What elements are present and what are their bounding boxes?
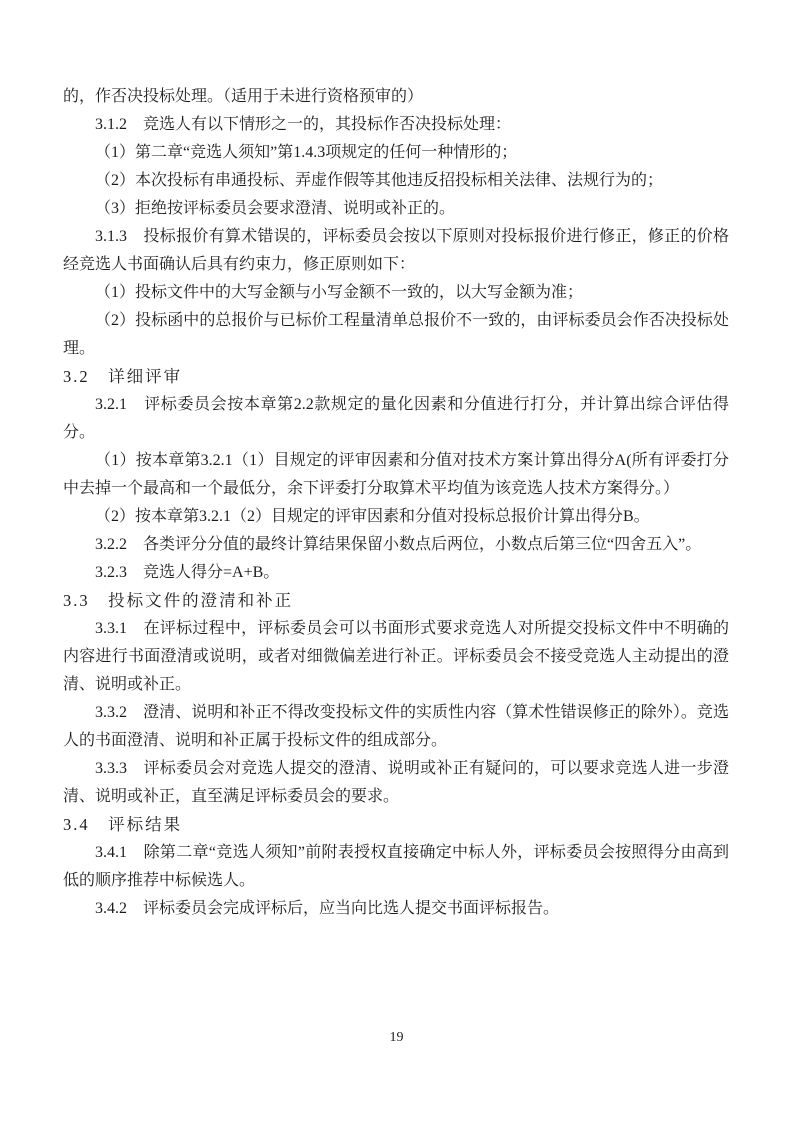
document-body: 的，作否决投标处理。（适用于未进行资格预审的） 3.1.2 竞选人有以下情形之一… bbox=[63, 83, 729, 923]
heading-3-2: 3.2 详细评审 bbox=[63, 363, 729, 391]
item-3-1-3-1: （1）投标文件中的大写金额与小写金额不一致的，以大写金额为准； bbox=[63, 279, 729, 307]
para-3-2-1: 3.2.1 评标委员会按本章第2.2款规定的量化因素和分值进行打分，并计算出综合… bbox=[63, 391, 729, 447]
para-3-3-2: 3.3.2 澄清、说明和补正不得改变投标文件的实质性内容（算术性错误修正的除外）… bbox=[63, 699, 729, 755]
para-3-2-2: 3.2.2 各类评分分值的最终计算结果保留小数点后两位，小数点后第三位“四舍五入… bbox=[63, 531, 729, 559]
document-page: 的，作否决投标处理。（适用于未进行资格预审的） 3.1.2 竞选人有以下情形之一… bbox=[0, 0, 793, 1122]
para-3-1-3: 3.1.3 投标报价有算术错误的，评标委员会按以下原则对投标报价进行修正，修正的… bbox=[63, 223, 729, 279]
continuation-paragraph: 的，作否决投标处理。（适用于未进行资格预审的） bbox=[63, 83, 729, 111]
para-3-4-2: 3.4.2 评标委员会完成评标后，应当向比选人提交书面评标报告。 bbox=[63, 895, 729, 923]
para-3-3-3: 3.3.3 评标委员会对竞选人提交的澄清、说明或补正有疑问的，可以要求竞选人进一… bbox=[63, 755, 729, 811]
item-3-2-1-2: （2）按本章第3.2.1（2）目规定的评审因素和分值对投标总报价计算出得分B。 bbox=[63, 503, 729, 531]
item-3-1-2-2: （2）本次投标有串通投标、弄虚作假等其他违反招投标相关法律、法规行为的； bbox=[63, 167, 729, 195]
item-3-1-2-3: （3）拒绝按评标委员会要求澄清、说明或补正的。 bbox=[63, 195, 729, 223]
page-footer: 19 bbox=[0, 1024, 793, 1052]
para-3-4-1: 3.4.1 除第二章“竞选人须知”前附表授权直接确定中标人外，评标委员会按照得分… bbox=[63, 839, 729, 895]
para-3-1-2: 3.1.2 竞选人有以下情形之一的，其投标作否决投标处理： bbox=[63, 111, 729, 139]
heading-3-4: 3.4 评标结果 bbox=[63, 811, 729, 839]
item-3-1-3-2: （2）投标函中的总报价与已标价工程量清单总报价不一致的，由评标委员会作否决投标处… bbox=[63, 307, 729, 363]
page-number: 19 bbox=[390, 1030, 404, 1045]
item-3-1-2-1: （1）第二章“竞选人须知”第1.4.3项规定的任何一种情形的； bbox=[63, 139, 729, 167]
para-3-2-3: 3.2.3 竞选人得分=A+B。 bbox=[63, 559, 729, 587]
para-3-3-1: 3.3.1 在评标过程中，评标委员会可以书面形式要求竞选人对所提交投标文件中不明… bbox=[63, 615, 729, 699]
heading-3-3: 3.3 投标文件的澄清和补正 bbox=[63, 587, 729, 615]
item-3-2-1-1: （1）按本章第3.2.1（1）目规定的评审因素和分值对技术方案计算出得分A(所有… bbox=[63, 447, 729, 503]
